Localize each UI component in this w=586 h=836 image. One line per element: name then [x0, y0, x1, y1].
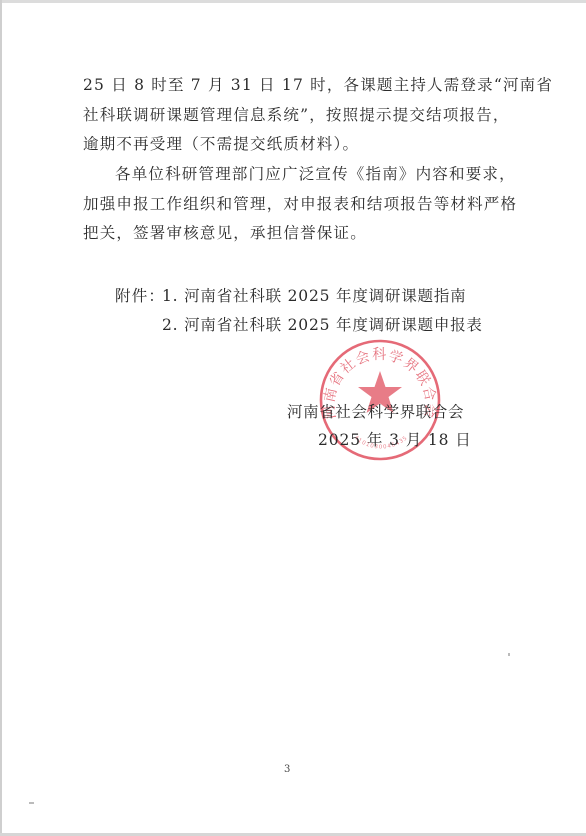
page-border-left	[0, 0, 2, 836]
body-line-2: 社科联调研课题管理信息系统”，按照提示提交结项报告，	[83, 105, 493, 125]
page-border-top	[0, 0, 586, 3]
body-line-3: 逾期不再受理（不需提交纸质材料）。	[83, 134, 493, 154]
body-line-6: 把关，签署审核意见，承担信誉保证。	[83, 223, 493, 243]
attachments-label: 附件：	[115, 286, 165, 306]
signature-organization: 河南省社会科学界联合会	[287, 402, 464, 422]
attachment-item-1: 1. 河南省社科联 2025 年度调研课题指南	[162, 286, 466, 306]
body-line-1: 25 日 8 时至 7 月 31 日 17 时，各课题主持人需登录“河南省	[83, 75, 493, 95]
scan-speck	[508, 653, 510, 656]
scan-speck	[29, 802, 34, 804]
signature-date: 2025 年 3 月 18 日	[318, 430, 472, 450]
attachment-item-2: 2. 河南省社科联 2025 年度调研课题申报表	[162, 315, 483, 335]
body-line-5: 加强申报工作组织和管理，对申报表和结项报告等材料严格	[83, 194, 493, 214]
page-number: 3	[284, 764, 290, 775]
body-line-4: 各单位科研管理部门应广泛宣传《指南》内容和要求，	[115, 164, 493, 184]
